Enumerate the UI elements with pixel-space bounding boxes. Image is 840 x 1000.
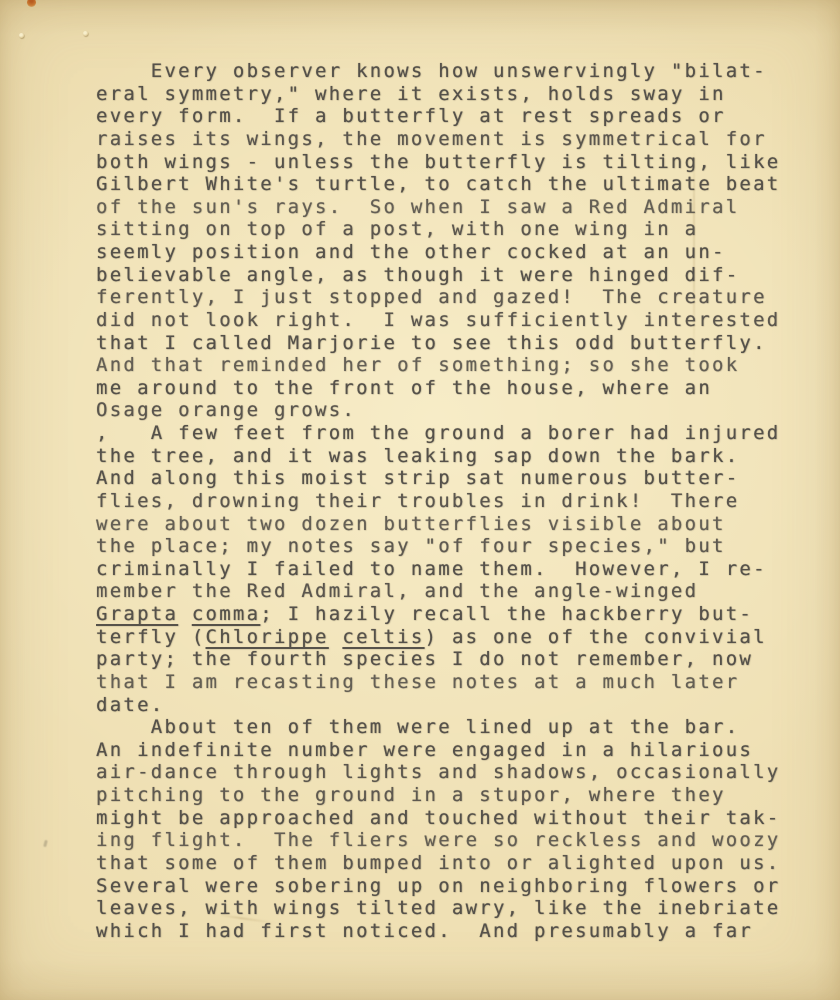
text-line: did not look right. I was sufficiently i…	[96, 309, 806, 332]
text-line: the tree, and it was leaking sap down th…	[96, 445, 806, 468]
text-line: And along this moist strip sat numerous …	[96, 467, 806, 490]
text-line: pitching to the ground in a stupor, wher…	[96, 784, 806, 807]
text-line: both wings - unless the butterfly is til…	[96, 151, 806, 174]
text-line: leaves, with wings tilted awry, like the…	[96, 897, 806, 920]
text-line: About ten of them were lined up at the b…	[96, 716, 806, 739]
text-line: might be approached and touched without …	[96, 807, 806, 830]
text-line: that I am recasting these notes at a muc…	[96, 671, 806, 694]
text-line: Several were sobering up on neighboring …	[96, 875, 806, 898]
text-line: ing flight. The fliers were so reckless …	[96, 829, 806, 852]
stray-ink-mark	[43, 840, 48, 848]
text-line: raises its wings, the movement is symmet…	[96, 128, 806, 151]
text-line: terfly (Chlorippe celtis) as one of the …	[96, 626, 806, 649]
text-line: eral symmetry," where it exists, holds s…	[96, 83, 806, 106]
text-line: flies, drowning their troubles in drink!…	[96, 490, 806, 513]
text-line: criminally I failed to name them. Howeve…	[96, 558, 806, 581]
text-line: the place; my notes say "of four species…	[96, 535, 806, 558]
text-line: that I called Marjorie to see this odd b…	[96, 332, 806, 355]
text-line: Every observer knows how unswervingly "b…	[96, 60, 806, 83]
text-line: party; the fourth species I do not remem…	[96, 648, 806, 671]
text-line: Osage orange grows.	[96, 399, 806, 422]
text-line: every form. If a butterfly at rest sprea…	[96, 105, 806, 128]
text-line: believable angle, as though it were hing…	[96, 264, 806, 287]
text-line: Gilbert White's turtle, to catch the ult…	[96, 173, 806, 196]
text-line: were about two dozen butterflies visible…	[96, 513, 806, 536]
text-line: which I had first noticed. And presumabl…	[96, 920, 806, 943]
orange-stain	[27, 0, 36, 7]
text-line: that some of them bumped into or alighte…	[96, 852, 806, 875]
text-line: me around to the front of the house, whe…	[96, 377, 806, 400]
text-line: seemly position and the other cocked at …	[96, 241, 806, 264]
text-line: sitting on top of a post, with one wing …	[96, 218, 806, 241]
text-line: ferently, I just stopped and gazed! The …	[96, 286, 806, 309]
text-line: Grapta comma; I hazily recall the hackbe…	[96, 603, 806, 626]
text-line: An indefinite number were engaged in a h…	[96, 739, 806, 762]
text-line: , A few feet from the ground a borer had…	[96, 422, 806, 445]
pinhole	[19, 33, 24, 38]
text-line: of the sun's rays. So when I saw a Red A…	[96, 196, 806, 219]
pinhole	[83, 31, 88, 36]
manuscript-page: Every observer knows how unswervingly "b…	[0, 0, 840, 1000]
text-line: And that reminded her of something; so s…	[96, 354, 806, 377]
text-line: date.	[96, 694, 806, 717]
typewritten-text: Every observer knows how unswervingly "b…	[96, 60, 806, 942]
text-line: member the Red Admiral, and the angle-wi…	[96, 580, 806, 603]
text-line: air-dance through lights and shadows, oc…	[96, 761, 806, 784]
